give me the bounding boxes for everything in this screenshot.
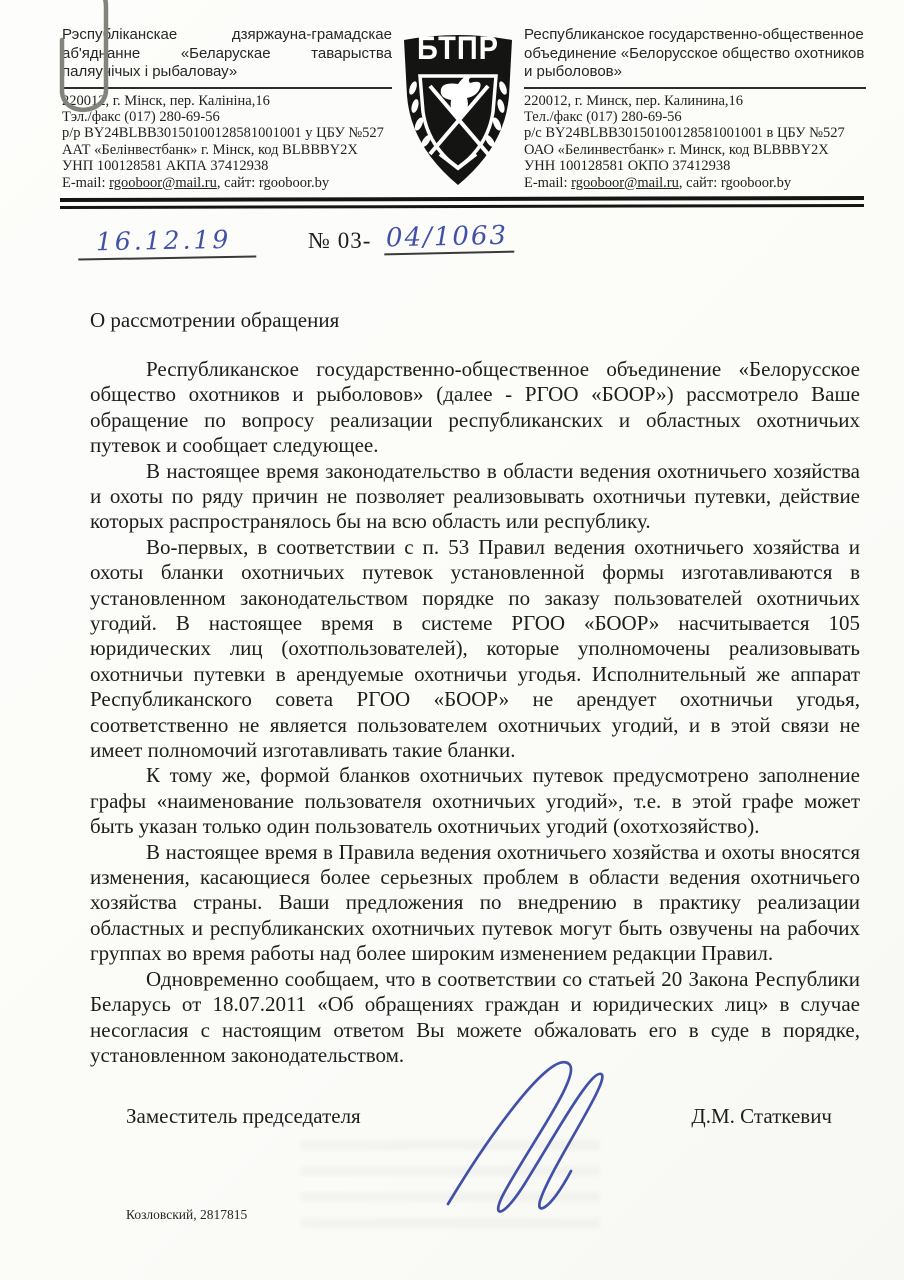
signatory-title: Заместитель председателя [126,1104,361,1129]
scanned-letter-page: Рэспубліканскае дзяржауна-грамадскае аб'… [0,0,904,1280]
handwritten-date: 16.12.19 [78,222,257,260]
site-label: , сайт: rgooboor.by [217,175,329,191]
address-block-russian: 220012, г. Минск, пер. Калинина,16 Тел./… [524,93,866,191]
body-paragraph: В настоящее время в Правила ведения охот… [90,840,860,967]
letterhead: Рэспубліканскае дзяржауна-грамадскае аб'… [0,0,904,191]
account-line: р/с BY24BLBB30150100128581001001 в ЦБУ №… [524,125,866,141]
letterhead-russian: Республиканское государственно-обществен… [524,26,866,191]
body-paragraph: Одновременно сообщаем, что в соответстви… [90,967,860,1069]
body-paragraph: Республиканское государственно-обществен… [90,357,860,459]
body-paragraph: В настоящее время законодательство в обл… [90,459,860,535]
scan-bleedthrough [300,1140,600,1230]
org-name-russian: Республиканское государственно-обществен… [524,26,866,82]
unp-line: УНП 100128581 АКПА 37412938 [62,158,392,174]
email-label: E-mail: [524,175,571,191]
unn-line: УНН 100128581 ОКПО 37412938 [524,158,866,174]
email-address: rgooboor@mail.ru [109,175,217,191]
site-label: , сайт: rgooboor.by [679,175,791,191]
paperclip-icon [36,0,128,142]
address-line: 220012, г. Минск, пер. Калинина,16 [524,93,866,109]
document-number-prefix: № 03- [308,228,371,254]
reference-line: 16.12.19 № 03- 04/1063 [78,224,904,268]
email-line: E-mail: rgooboor@mail.ru, сайт: rgooboor… [524,175,866,191]
letterhead-divider [524,87,866,89]
body-paragraph: Во-первых, в соответствии с п. 53 Правил… [90,535,860,764]
signature-block: Заместитель председателя Д.М. Статкевич [126,1104,832,1129]
phone-line: Тел./факс (017) 280-69-56 [524,109,866,125]
emblem-acronym: БТПР [396,31,520,68]
email-address: rgooboor@mail.ru [571,175,679,191]
bank-line: ОАО «Белинвестбанк» г. Минск, код BLBBBY… [524,142,866,158]
signatory-name: Д.М. Статкевич [691,1104,832,1129]
email-line: E-mail: rgooboor@mail.ru, сайт: rgooboor… [62,175,392,191]
body-paragraph: К тому же, формой бланков охотничьих пут… [90,763,860,839]
boor-emblem: БТПР [396,28,520,188]
letterhead-emblem-area: БТПР [392,28,524,191]
letter-body: Республиканское государственно-обществен… [90,357,860,1068]
subject-line: О рассмотрении обращения [90,308,860,333]
letterhead-bottom-rule [60,196,864,209]
email-label: E-mail: [62,175,109,191]
bank-line: ААТ «Белінвестбанк» г. Мінск, код BLBBBY… [62,142,392,158]
handwritten-document-number: 04/1063 [384,221,515,256]
